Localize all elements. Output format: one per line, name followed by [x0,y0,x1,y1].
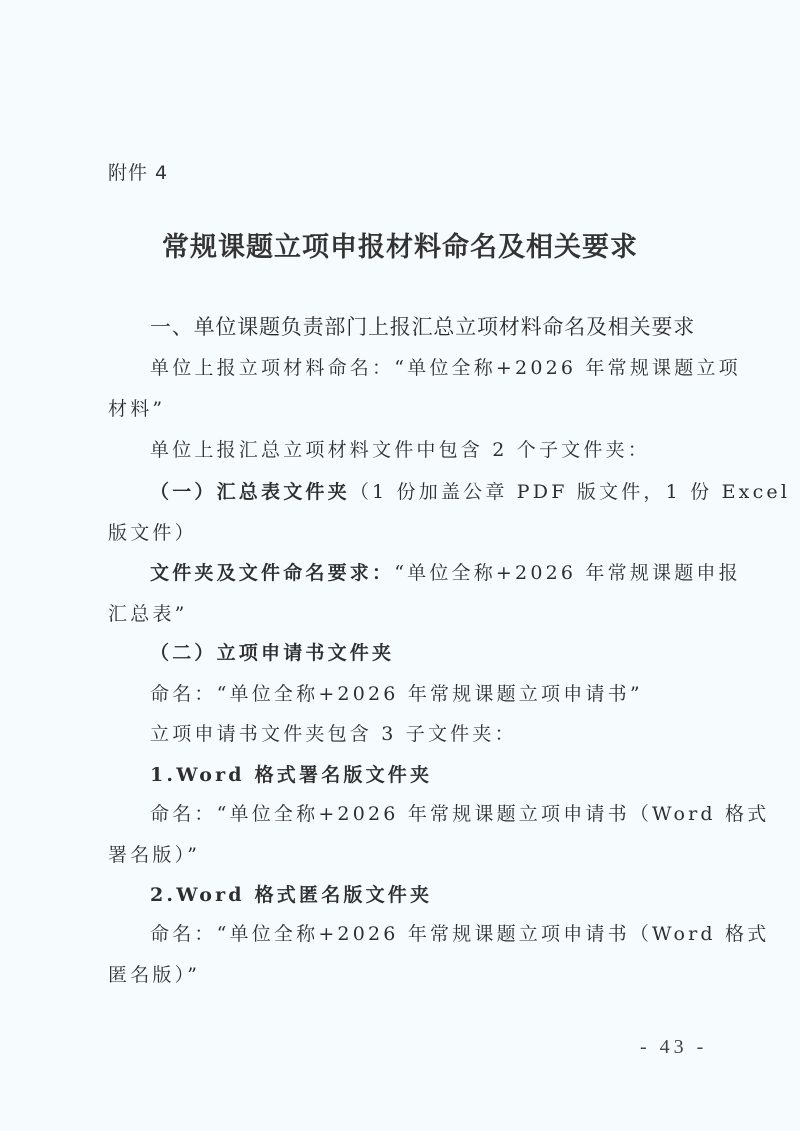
item-heading-anonymous-version: 2.Word 格式匿名版文件夹 [150,882,703,908]
paragraph-line: 汇总表” [108,601,703,627]
paragraph-line: 单位上报汇总立项材料文件中包含 2 个子文件夹： [150,437,703,463]
paragraph-text: “单位全称+2026 年常规课题申报 [394,562,741,584]
bold-label: （一）汇总表文件夹 [150,481,350,503]
paragraph-line: 命名：“单位全称+2026 年常规课题立项申请书（Word 格式 [150,921,703,947]
attachment-label: 附件 4 [108,158,168,185]
document-title: 常规课题立项申报材料命名及相关要求 [0,225,800,264]
subsection-heading-summary-folder: （一）汇总表文件夹（1 份加盖公章 PDF 版文件，1 份 Excel [150,479,703,505]
item-heading-signed-version: 1.Word 格式署名版文件夹 [150,762,703,788]
naming-requirement-line: 文件夹及文件命名要求：“单位全称+2026 年常规课题申报 [150,560,703,586]
paragraph-line: 署名版）” [108,842,703,868]
subsection-heading-application-folder: （二）立项申请书文件夹 [150,640,703,666]
paragraph-text: （1 份加盖公章 PDF 版文件，1 份 Excel [350,481,790,503]
paragraph-line: 材料” [108,396,703,422]
paragraph-line: 匿名版）” [108,962,703,988]
paragraph-line: 单位上报立项材料命名：“单位全称+2026 年常规课题立项 [150,355,703,381]
section-heading-1: 一、单位课题负责部门上报汇总立项材料命名及相关要求 [150,314,703,340]
paragraph-line: 命名：“单位全称+2026 年常规课题立项申请书（Word 格式 [150,801,703,827]
paragraph-line: 版文件） [108,520,703,546]
paragraph-line: 命名：“单位全称+2026 年常规课题立项申请书” [150,681,703,707]
page-number: - 43 - [640,1036,707,1059]
bold-label: 文件夹及文件命名要求： [150,562,394,584]
document-page: 附件 4 常规课题立项申报材料命名及相关要求 一、单位课题负责部门上报汇总立项材… [0,0,800,1131]
paragraph-line: 立项申请书文件夹包含 3 子文件夹： [150,721,703,747]
